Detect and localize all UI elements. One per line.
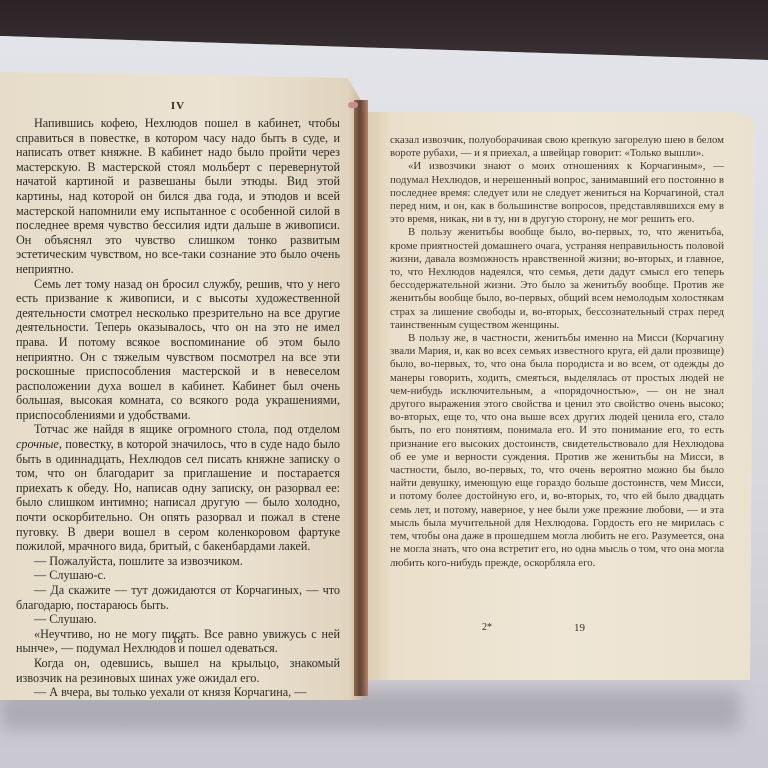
paragraph: Напившись кофею, Нехлюдов пошел в кабине… bbox=[16, 116, 340, 277]
dialogue-line: — Слушаю. bbox=[16, 612, 340, 627]
paragraph: сказал извозчик, полуоборачивая свою кре… bbox=[390, 134, 724, 160]
page-number-right: 19 bbox=[574, 622, 585, 634]
page-text-left: Напившись кофею, Нехлюдов пошел в кабине… bbox=[16, 116, 340, 700]
page-number-left: 18 bbox=[172, 634, 183, 646]
paragraph: Семь лет тому назад он бросил службу, ре… bbox=[16, 277, 340, 423]
paragraph: В пользу женитьбы вообще было, во-первых… bbox=[390, 226, 724, 332]
book-page-right: сказал извозчик, полуоборачивая свою кре… bbox=[362, 112, 754, 680]
paragraph: «И извозчики знают о моих отношениях к К… bbox=[390, 160, 724, 226]
dialogue-line: — Слушаю-с. bbox=[16, 568, 340, 583]
spine-headband bbox=[348, 102, 358, 108]
page-text-right: сказал извозчик, полуоборачивая свою кре… bbox=[390, 134, 724, 570]
paragraph: Тотчас же найдя в ящике огромного стола,… bbox=[16, 422, 340, 553]
paragraph: Когда он, одевшись, вышел на крыльцо, зн… bbox=[16, 656, 340, 685]
italic-word: срочные bbox=[16, 437, 59, 451]
book-spine bbox=[354, 100, 368, 696]
signature-mark: 2* bbox=[482, 622, 492, 633]
dialogue-line: — А вчера, вы только уехали от князя Кор… bbox=[16, 685, 340, 700]
dialogue-line: — Да скажите — тут дожидаются от Корчаги… bbox=[16, 583, 340, 612]
text-span: Тотчас же найдя в ящике огромного стола,… bbox=[34, 422, 340, 436]
text-span: , повестку, в которой значилось, что в с… bbox=[16, 437, 340, 553]
paragraph: В пользу же, в частности, женитьбы именн… bbox=[390, 332, 724, 570]
book-page-left: IV Напившись кофею, Нехлюдов пошел в каб… bbox=[0, 72, 362, 700]
dialogue-line: — Пожалуйста, пошлите за извозчиком. bbox=[16, 554, 340, 569]
chapter-heading: IV bbox=[16, 100, 340, 112]
